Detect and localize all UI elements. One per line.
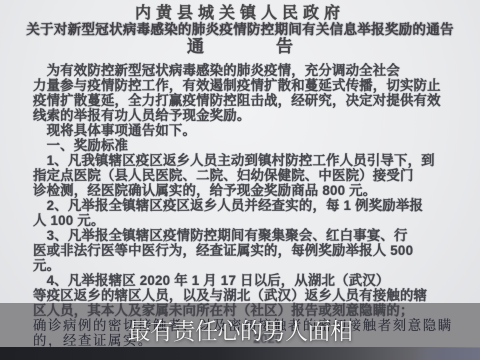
document-text-line: 一、奖励标准 [33,138,463,153]
document-text-line: 3、凡举报全镇辖区疫情防控期间有聚集聚会、红白事宴、行 [33,228,463,243]
document-text-line: 现将具体事项通告如下。 [33,123,463,138]
document-text-line: 1、凡我镇辖区疫区返乡人员主动到镇村防控工作人员引导下，到 [33,153,463,168]
document-text-line: 区人员，其本人及家属未向所在村（社区）报告或刻意隐瞒的； [33,303,463,318]
document-text-line: 元。 [33,258,463,273]
notice-heading-char-2: 告 [276,37,293,56]
document-text-line: 人 100 元。 [33,213,463,228]
watermark-shape [412,348,480,360]
document-text-line: 医或非法行医等中医行为，经查证属实的，每例奖励举报人 500 [33,243,463,258]
document-text-line: 指定点医院（县人民医院、二院、妇幼保健院、中医院）接受门 [33,168,463,183]
document-subtitle: 关于对新型冠状病毒感染的肺炎疫情防控期间有关信息举报奖励的通告 [0,22,480,38]
document-photo: 内黄县城关镇人民政府 关于对新型冠状病毒感染的肺炎疫情防控期间有关信息举报奖励的… [0,0,480,360]
document-text-line: 为有效防控新型冠状病毒感染的肺炎疫情，充分调动全社会 [33,63,463,78]
document-text-line: 4、凡举报辖区 2020 年 1 月 17 日以后，从湖北（武汉） [33,273,463,288]
document-text-line: 力量参与疫情防控工作，有效遏制疫情扩散和蔓延式传播，切实防止 [33,78,463,93]
letterbox-bottom-bar [0,347,480,360]
document-text-line: 2、凡举报全镇辖区疫区返乡人员并经查实的，每 1 例奖励举报 [33,198,463,213]
notice-heading: 通告 [0,38,480,56]
document-text-line: 等疫区返乡的辖区人员，以及与湖北（武汉）返乡人员有接触的辖 [33,288,463,303]
document-text-line: 疫情扩散蔓延，全力打赢疫情防控阻击战，经研究，决定对提供有效 [33,93,463,108]
notice-heading-char-1: 通 [187,37,204,56]
document-body: 为有效防控新型冠状病毒感染的肺炎疫情，充分调动全社会力量参与疫情防控工作，有效遏… [33,63,463,349]
document-title: 内黄县城关镇人民政府 [0,5,480,23]
video-caption: 最有责任心的男人面相 [0,318,480,345]
document-text-line: 线索的举报有功人员给予现金奖励。 [33,108,463,123]
document-text-line: 诊检测，经医院确认属实的，给予现金奖励商品 800 元。 [33,183,463,198]
